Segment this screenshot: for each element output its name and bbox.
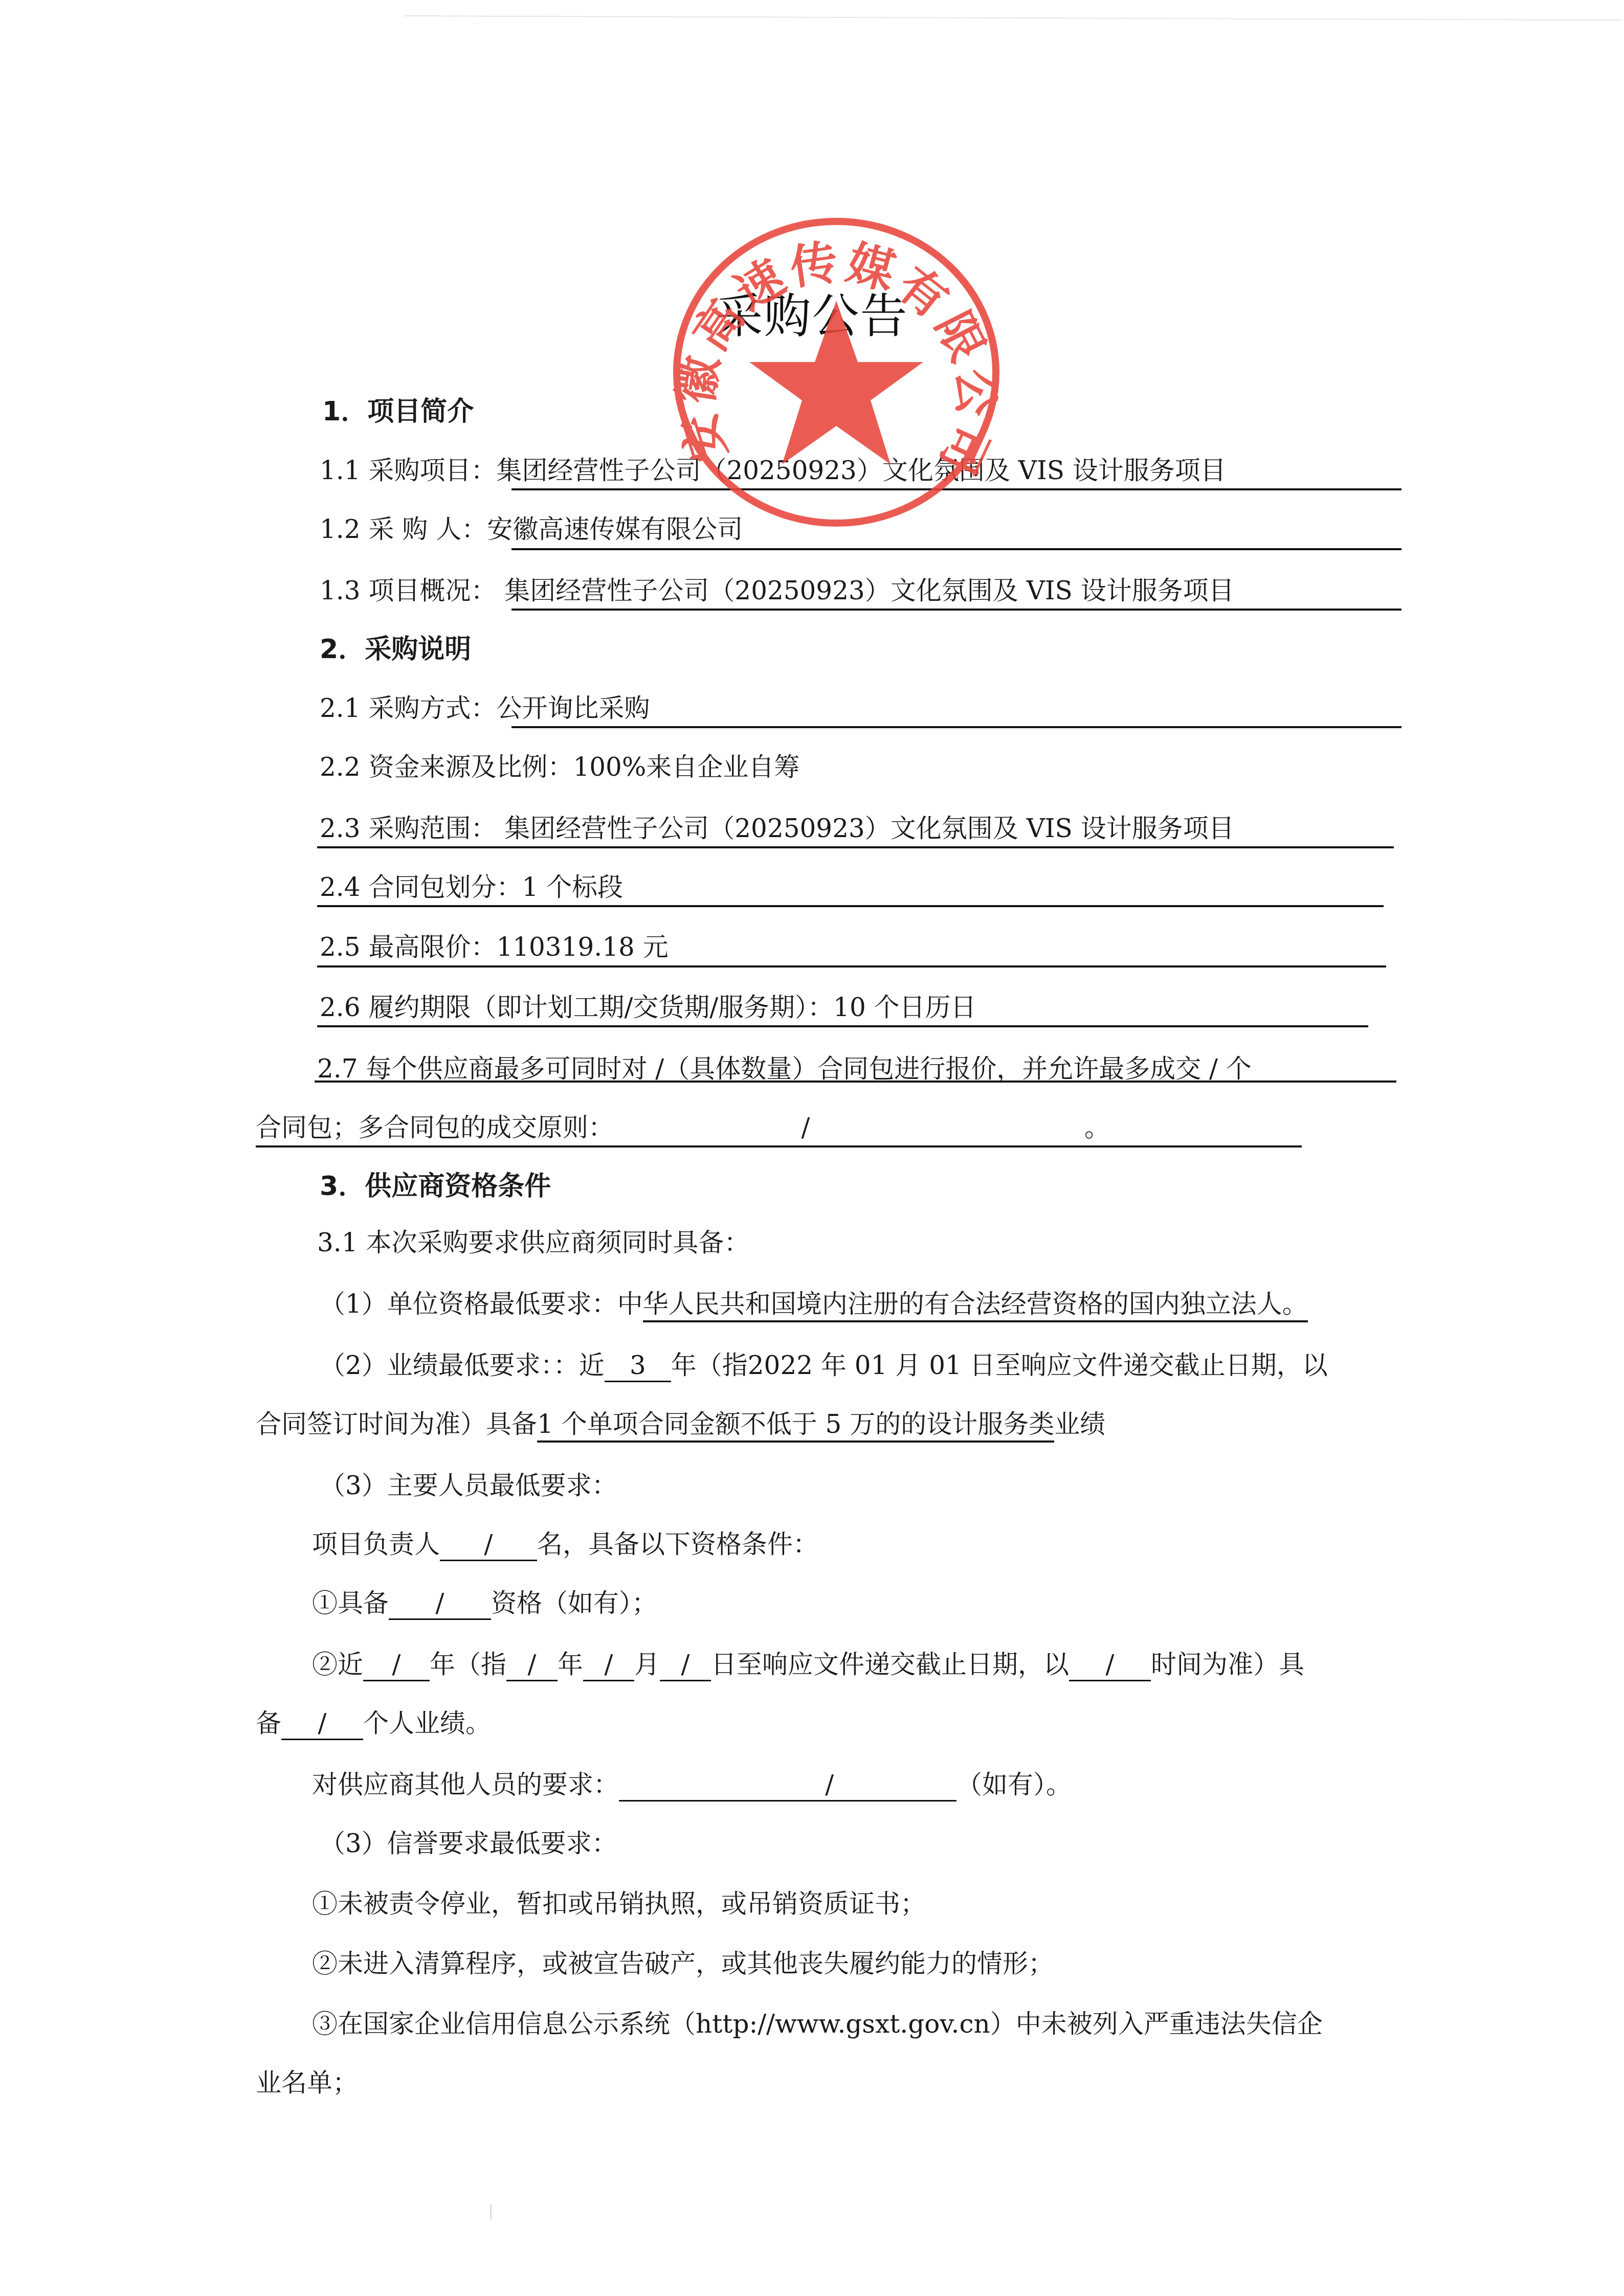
- item-label: 2.2 资金来源及比例：: [320, 752, 573, 782]
- credit-requirement-2: ②未进入清算程序，或被宣告破产，或其他丧失履约能力的情形；: [312, 1948, 1054, 1979]
- years-field: 3: [605, 1350, 671, 1382]
- personnel-heading: （3）主要人员最低要求：: [320, 1470, 617, 1501]
- blank-field: /: [281, 1708, 363, 1740]
- underline: [317, 965, 1386, 967]
- item-2-5: 2.5 最高限价：110319.18 元: [320, 932, 669, 962]
- blank-field: /: [440, 1529, 537, 1561]
- line-prefix: 项目负责人: [312, 1529, 440, 1559]
- line-prefix: 合同包；多合同包的成交原则：: [256, 1113, 614, 1142]
- underline: [511, 726, 1401, 728]
- item-2-3: 2.3 采购范围： 集团经营性子公司（20250923）文化氛围及 VIS 设计…: [320, 813, 1234, 844]
- item-1-2: 1.2 采 购 人：安徽高速传媒有限公司: [320, 514, 743, 545]
- item-value: 集团经营性子公司（20250923）文化氛围及 VIS 设计服务项目: [496, 456, 1226, 485]
- item-2-1: 2.1 采购方式：公开询比采购: [320, 693, 650, 724]
- underline: [317, 905, 1384, 907]
- page-title: 采购公告: [0, 279, 1624, 346]
- seal-text: 安徽高速传媒有限公司: [668, 234, 1003, 486]
- qualification-2-line2: 备/个人业绩。: [256, 1708, 491, 1740]
- line-suffix: 。: [997, 1112, 1110, 1143]
- item-value: 安徽高速传媒有限公司: [487, 514, 743, 544]
- text: 时间为准）具: [1151, 1650, 1304, 1679]
- blank-field: /: [1069, 1649, 1151, 1681]
- text: 个人业绩。: [363, 1708, 491, 1738]
- section-heading-2: 2．采购说明: [320, 634, 471, 665]
- svg-text:安徽高速传媒有限公司: 安徽高速传媒有限公司: [668, 234, 1003, 486]
- line-prefix: ①具备: [312, 1588, 389, 1618]
- blank-field: /: [363, 1649, 430, 1681]
- item-2-7-line1: 2.7 每个供应商最多可同时对 /（具体数量）合同包进行报价，并允许最多成交 /…: [317, 1053, 1252, 1084]
- line-prefix: （2）业绩最低要求：：近: [320, 1350, 605, 1380]
- item-value: 集团经营性子公司（20250923）文化氛围及 VIS 设计服务项目: [496, 576, 1234, 605]
- other-personnel: 对供应商其他人员的要求：/（如有）。: [312, 1769, 1072, 1802]
- blank-field: /: [389, 1588, 491, 1620]
- underline: [511, 488, 1401, 490]
- blank-field: /: [583, 1649, 634, 1681]
- unit-qualification: （1）单位资格最低要求：中华人民共和国境内注册的有合法经营资格的国内独立法人。: [320, 1289, 1308, 1322]
- item-1-3: 1.3 项目概况： 集团经营性子公司（20250923）文化氛围及 VIS 设计…: [320, 575, 1234, 606]
- item-2-2: 2.2 资金来源及比例：100%来自企业自筹: [320, 752, 799, 782]
- project-leader: 项目负责人/名，具备以下资格条件：: [312, 1529, 818, 1561]
- text: 年（指: [430, 1650, 506, 1679]
- item-2-7-line2: 合同包；多合同包的成交原则：/。: [256, 1112, 1110, 1143]
- qualification-2: ②近/年（指/年/月/日至响应文件递交截止日期，以/时间为准）具: [312, 1649, 1304, 1681]
- item-2-4: 2.4 合同包划分：1 个标段: [320, 872, 623, 903]
- underline: [315, 1081, 1396, 1083]
- line-prefix: （1）单位资格最低要求：中: [320, 1289, 643, 1319]
- item-value: 100%来自企业自筹: [573, 752, 799, 782]
- credit-heading: （3）信誉要求最低要求：: [320, 1828, 617, 1859]
- item-label: 1.1 采购项目：: [320, 456, 496, 485]
- qualification-1: ①具备/资格（如有）；: [312, 1588, 657, 1620]
- item-3-1: 3.1 本次采购要求供应商须同时具备：: [317, 1227, 749, 1258]
- blank-field: /: [619, 1769, 956, 1802]
- blank-value: /: [619, 1769, 834, 1800]
- credit-requirement-3: ③在国家企业信用信息公示系统（http://www.gsxt.gov.cn）中未…: [312, 2009, 1323, 2039]
- line-suffix: 名，具备以下资格条件：: [537, 1529, 818, 1559]
- underline: [256, 1145, 1302, 1147]
- item-label: 2.1 采购方式：: [320, 693, 496, 723]
- item-value: 公开询比采购: [496, 693, 650, 723]
- text: 备: [256, 1708, 281, 1738]
- line-mid: 年（指2022 年 01 月 01 日至响应文件递交截止日期，以: [671, 1350, 1328, 1380]
- item-2-6: 2.6 履约期限（即计划工期/交货期/服务期）：10 个日历日: [320, 992, 976, 1023]
- text: 日至响应文件递交截止日期，以: [711, 1650, 1069, 1679]
- item-label: 1.2 采 购 人：: [320, 514, 487, 544]
- blank-field: /: [506, 1649, 558, 1681]
- blank-field: /: [660, 1649, 711, 1681]
- scan-artifact-line: [404, 15, 1621, 20]
- underline: [317, 846, 1394, 848]
- line-prefix: 对供应商其他人员的要求：: [312, 1770, 619, 1799]
- line-suffix: 资格（如有）；: [491, 1588, 657, 1618]
- text: ②近: [312, 1650, 363, 1679]
- credit-requirement-3-line2: 业名单；: [256, 2067, 358, 2098]
- section-heading-1: 1．项目简介: [322, 396, 474, 427]
- credit-requirement-1: ①未被责令停业，暂扣或吊销执照，或吊销资质证书；: [312, 1888, 926, 1919]
- line-suffix: （如有）。: [956, 1770, 1072, 1799]
- performance-requirement: （2）业绩最低要求：：近3年（指2022 年 01 月 01 日至响应文件递交截…: [320, 1350, 1328, 1382]
- item-label: 1.3 项目概况：: [320, 576, 496, 605]
- line-prefix: 合同签订时间为准）具备: [256, 1409, 537, 1439]
- item-1-1: 1.1 采购项目：集团经营性子公司（20250923）文化氛围及 VIS 设计服…: [320, 455, 1226, 486]
- underline: [511, 548, 1401, 550]
- line-suffix: 业绩: [1054, 1409, 1105, 1439]
- performance-requirement-line2: 合同签订时间为准）具备1 个单项合同金额不低于 5 万的的设计服务类业绩: [256, 1409, 1105, 1443]
- text: 年: [558, 1650, 583, 1679]
- text: 月: [634, 1650, 660, 1679]
- blank-field: /: [614, 1112, 997, 1143]
- underlined-text: 1 个单项合同金额不低于 5 万的的设计服务类: [537, 1409, 1054, 1443]
- section-heading-3: 3．供应商资格条件: [320, 1171, 551, 1202]
- underlined-text: 华人民共和国境内注册的有合法经营资格的国内独立法人。: [643, 1289, 1308, 1322]
- scan-artifact-mark: [490, 2204, 492, 2219]
- underline: [317, 1025, 1368, 1027]
- underline: [511, 609, 1401, 611]
